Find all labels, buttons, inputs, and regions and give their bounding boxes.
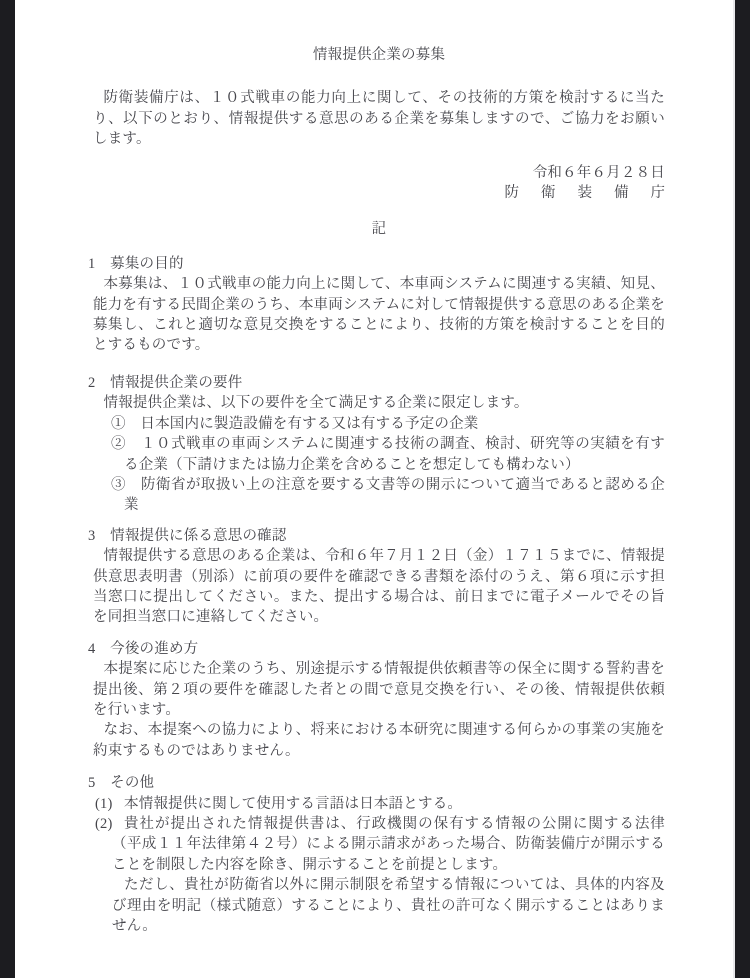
section-4-heading: 4 今後の進め方 (88, 639, 665, 659)
section-4-paragraph-1: 本提案に応じた企業のうち、別途提示する情報提供依頼書等の保全に関する誓約書を提出… (93, 659, 665, 720)
record-mark: 記 (93, 219, 665, 239)
document-title: 情報提供企業の募集 (93, 45, 665, 65)
item-1-marker: (1) (95, 794, 113, 814)
section-5-heading: 5 その他 (88, 773, 665, 793)
section-1-paragraph: 本募集は、１０式戦車の能力向上に関して、本車両システムに関連する実績、知見、能力… (93, 274, 665, 356)
issuer-line: 防衛装備庁 (93, 183, 665, 203)
section-2-requirements: 2 情報提供企業の要件 情報提供企業は、以下の要件を全て満足する企業に限定します… (93, 373, 665, 516)
section-1-purpose: 1 募集の目的 本募集は、１０式戦車の能力向上に関して、本車両システムに関連する… (93, 254, 665, 356)
item-2-text: 貴社が提出された情報提供書は、行政機関の保有する情報の公開に関する法律（平成１１… (112, 814, 665, 875)
other-item-2: (2) 貴社が提出された情報提供書は、行政機関の保有する情報の公開に関する法律（… (93, 814, 665, 936)
section-3-paragraph: 情報提供する意思のある企業は、令和６年７月１２日（金）１７１５までに、情報提供意… (93, 546, 665, 628)
section-3-heading: 3 情報提供に係る意思の確認 (88, 526, 665, 546)
section-1-heading: 1 募集の目的 (88, 254, 665, 274)
section-4-next-steps: 4 今後の進め方 本提案に応じた企業のうち、別途提示する情報提供依頼書等の保全に… (93, 639, 665, 761)
item-2-marker: (2) (95, 814, 113, 834)
section-5-other: 5 その他 (1) 本情報提供に関して使用する言語は日本語とする。 (2) 貴社… (93, 773, 665, 936)
section-2-heading: 2 情報提供企業の要件 (88, 373, 665, 393)
requirement-item-3: ③ 防衛省が取扱い上の注意を要する文書等の開示について適当であると認める企業 (111, 475, 665, 516)
other-item-1: (1) 本情報提供に関して使用する言語は日本語とする。 (93, 794, 665, 814)
document-page: 情報提供企業の募集 防衛装備庁は、１０式戦車の能力向上に関して、その技術的方策を… (15, 0, 735, 978)
section-3-confirmation: 3 情報提供に係る意思の確認 情報提供する意思のある企業は、令和６年７月１２日（… (93, 526, 665, 628)
section-2-lead: 情報提供企業は、以下の要件を全て満足する企業に限定します。 (93, 393, 665, 413)
issuer-name: 防衛装備庁 (505, 185, 688, 201)
requirement-item-2: ② １０式戦車の車両システムに関連する技術の調査、検討、研究等の実績を有する企業… (111, 434, 665, 475)
intro-paragraph: 防衛装備庁は、１０式戦車の能力向上に関して、その技術的方策を検討するに当たり、以… (93, 88, 665, 149)
date-block: 令和６年６月２８日 防衛装備庁 (93, 163, 665, 204)
issue-date: 令和６年６月２８日 (93, 163, 665, 183)
item-2-note: ただし、貴社が防衛省以外に開示制限を希望する情報については、具体的内容及び理由を… (112, 875, 665, 936)
item-1-text: 本情報提供に関して使用する言語は日本語とする。 (112, 794, 665, 814)
requirement-item-1: ① 日本国内に製造設備を有する又は有する予定の企業 (111, 414, 665, 434)
dark-backdrop: 情報提供企業の募集 防衛装備庁は、１０式戦車の能力向上に関して、その技術的方策を… (0, 0, 750, 978)
section-4-paragraph-2: なお、本提案への協力により、将来における本研究に関連する何らかの事業の実施を約束… (93, 720, 665, 761)
document-content: 情報提供企業の募集 防衛装備庁は、１０式戦車の能力向上に関して、その技術的方策を… (15, 45, 733, 936)
